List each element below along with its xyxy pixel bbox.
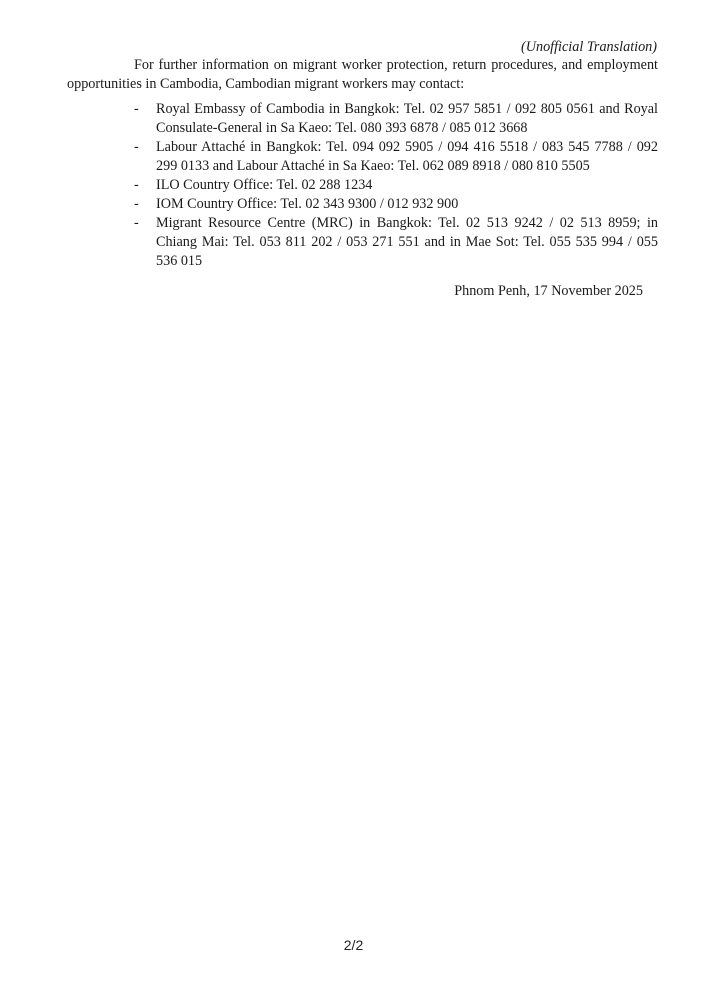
document-page: (Unofficial Translation) For further inf…: [0, 0, 707, 1000]
contact-text: IOM Country Office: Tel. 02 343 9300 / 0…: [156, 195, 658, 214]
contact-list: - Royal Embassy of Cambodia in Bangkok: …: [129, 100, 658, 271]
contact-item-labour-attache: - Labour Attaché in Bangkok: Tel. 094 09…: [129, 138, 658, 176]
contact-item-ilo: - ILO Country Office: Tel. 02 288 1234: [129, 176, 658, 195]
contact-text: Migrant Resource Centre (MRC) in Bangkok…: [156, 214, 658, 271]
unofficial-translation-label: (Unofficial Translation): [521, 39, 657, 56]
list-bullet: -: [134, 176, 139, 195]
list-bullet: -: [134, 195, 139, 214]
list-bullet: -: [134, 100, 139, 119]
contact-item-iom: - IOM Country Office: Tel. 02 343 9300 /…: [129, 195, 658, 214]
contact-text: ILO Country Office: Tel. 02 288 1234: [156, 176, 658, 195]
contact-item-mrc: - Migrant Resource Centre (MRC) in Bangk…: [129, 214, 658, 271]
list-bullet: -: [134, 214, 139, 233]
place-and-date: Phnom Penh, 17 November 2025: [454, 283, 643, 300]
list-bullet: -: [134, 138, 139, 157]
contact-text: Royal Embassy of Cambodia in Bangkok: Te…: [156, 100, 658, 138]
contact-item-embassy: - Royal Embassy of Cambodia in Bangkok: …: [129, 100, 658, 138]
page-number: 2/2: [0, 937, 707, 953]
intro-paragraph: For further information on migrant worke…: [67, 56, 658, 94]
contact-text: Labour Attaché in Bangkok: Tel. 094 092 …: [156, 138, 658, 176]
